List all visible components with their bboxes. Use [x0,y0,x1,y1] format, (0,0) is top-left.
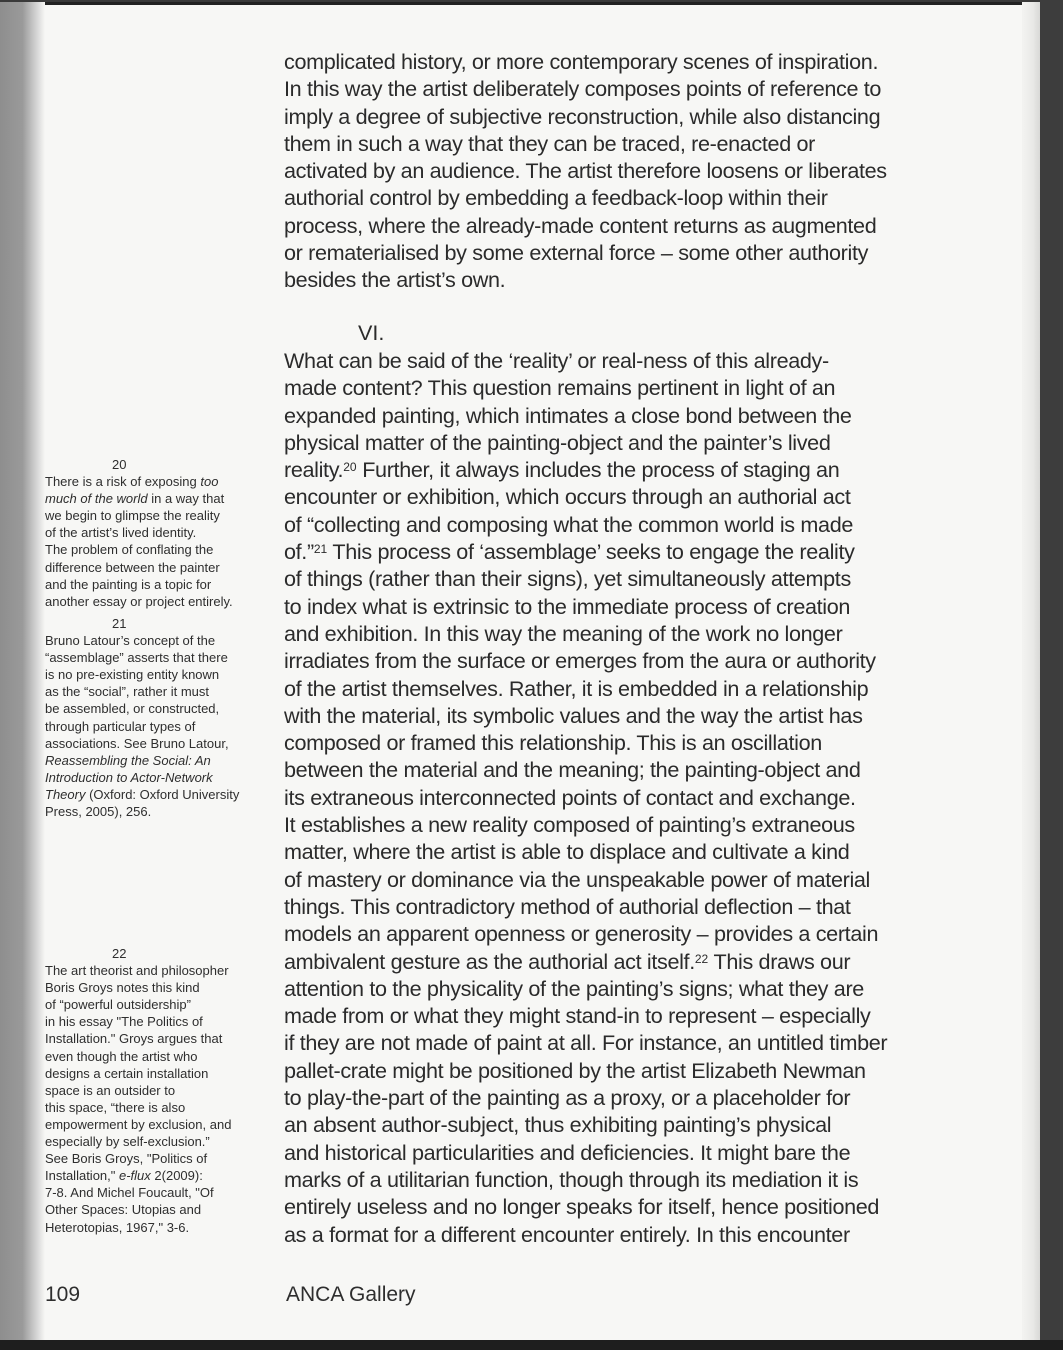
footnote-number: 20 [45,456,270,473]
body-line: process, where the already-made content … [284,212,984,239]
body-line: an absent author-subject, thus exhibitin… [284,1111,984,1138]
body-line: of things (rather than their signs), yet… [284,565,984,592]
footnote-line: through particular types of [45,718,270,735]
footnote-number: 22 [45,945,270,962]
footnote-line: Reassembling the Social: An [45,752,270,769]
body-line: made from or what they might stand-in to… [284,1002,984,1029]
body-line: or rematerialised by some external force… [284,239,984,266]
book-page: complicated history, or more contemporar… [0,2,1040,1340]
footnote-line: another essay or project entirely. [45,593,270,610]
body-line: and historical particularities and defic… [284,1139,984,1166]
footnote-line: Introduction to Actor-Network [45,769,270,786]
footnote-line: especially by self-exclusion.” [45,1133,270,1150]
body-line: as a format for a different encounter en… [284,1221,984,1248]
body-line: What can be said of the ‘reality’ or rea… [284,347,984,374]
body-line: to play-the-part of the painting as a pr… [284,1084,984,1111]
body-line: pallet-crate might be positioned by the … [284,1057,984,1084]
body-line: attention to the physicality of the pain… [284,975,984,1002]
bottom-shadow [0,1340,1063,1350]
book-cover-edge [1040,0,1063,1350]
top-shadow [0,2,1040,5]
footnote-line: in his essay "The Politics of [45,1013,270,1030]
footnote-line: The problem of conflating the [45,541,270,558]
page-edge [1022,2,1040,1340]
body-line: between the material and the meaning; th… [284,756,984,783]
body-line: made content? This question remains pert… [284,374,984,401]
body-line: marks of a utilitarian function, though … [284,1166,984,1193]
footnote-line: we begin to glimpse the reality [45,507,270,524]
footnote-line: There is a risk of exposing too [45,473,270,490]
page-number: 109 [45,1283,80,1307]
footnote-line: Boris Groys notes this kind [45,979,270,996]
body-line: complicated history, or more contemporar… [284,48,984,75]
body-line: them in such a way that they can be trac… [284,130,984,157]
body-line: It establishes a new reality composed of… [284,811,984,838]
footnote-line: and the painting is a topic for [45,576,270,593]
body-line: authorial control by embedding a feedbac… [284,184,984,211]
body-line: of the artist themselves. Rather, it is … [284,675,984,702]
footnote-line: is no pre-existing entity known [45,666,270,683]
footnote-line: this space, “there is also [45,1099,270,1116]
footnote-line: 7-8. And Michel Foucault, "Of [45,1184,270,1201]
body-line: ambivalent gesture as the authorial act … [284,948,984,975]
body-line: encounter or exhibition, which occurs th… [284,483,984,510]
body-line: of “collecting and composing what the co… [284,511,984,538]
body-line: entirely useless and no longer speaks fo… [284,1193,984,1220]
footnote-line: as the “social”, rather it must [45,683,270,700]
body-line: besides the artist’s own. [284,266,984,293]
body-line: In this way the artist deliberately comp… [284,75,984,102]
footnote-21: 21Bruno Latour’s concept of the“assembla… [45,615,270,820]
body-line: and exhibition. In this way the meaning … [284,620,984,647]
running-footer: ANCA Gallery [286,1283,416,1307]
footnote-line: Heterotopias, 1967," 3-6. [45,1219,270,1236]
section-heading: VI. [358,320,384,346]
body-line: to index what is extrinsic to the immedi… [284,593,984,620]
footnote-line: of “powerful outsidership” [45,996,270,1013]
footnote-20: 20There is a risk of exposing toomuch of… [45,456,270,610]
body-line: imply a degree of subjective reconstruct… [284,103,984,130]
footnote-line: Bruno Latour’s concept of the [45,632,270,649]
footnote-line: space is an outsider to [45,1082,270,1099]
body-line: its extraneous interconnected points of … [284,784,984,811]
body-line: reality.20 Further, it always includes t… [284,456,984,483]
footnote-line: See Boris Groys, "Politics of [45,1150,270,1167]
body-line: expanded painting, which intimates a clo… [284,402,984,429]
footnote-reference[interactable]: 21 [314,542,327,556]
footnote-reference[interactable]: 22 [695,952,708,966]
footnote-reference[interactable]: 20 [343,460,356,474]
footnote-line: difference between the painter [45,559,270,576]
footnote-line: “assemblage” asserts that there [45,649,270,666]
footnote-line: Theory (Oxford: Oxford University [45,786,270,803]
footnote-line: Installation." Groys argues that [45,1030,270,1047]
body-line: activated by an audience. The artist the… [284,157,984,184]
body-line: if they are not made of paint at all. Fo… [284,1029,984,1056]
footnote-line: Press, 2005), 256. [45,803,270,820]
body-line: of mastery or dominance via the unspeaka… [284,866,984,893]
body-line: irradiates from the surface or emerges f… [284,647,984,674]
footnote-line: designs a certain installation [45,1065,270,1082]
footnote-line: be assembled, or constructed, [45,700,270,717]
footnote-line: Installation," e-flux 2(2009): [45,1167,270,1184]
body-intro-paragraph: complicated history, or more contemporar… [284,48,984,294]
footnote-line: much of the world in a way that [45,490,270,507]
body-line: of.”21 This process of ‘assemblage’ seek… [284,538,984,565]
footnote-22: 22The art theorist and philosopherBoris … [45,945,270,1236]
body-line: things. This contradictory method of aut… [284,893,984,920]
footnote-line: empowerment by exclusion, and [45,1116,270,1133]
page-gutter-shadow [0,2,45,1340]
footnote-line: associations. See Bruno Latour, [45,735,270,752]
footnote-line: even though the artist who [45,1048,270,1065]
section-body-paragraph: What can be said of the ‘reality’ or rea… [284,347,984,1248]
footnote-number: 21 [45,615,270,632]
body-line: composed or framed this relationship. Th… [284,729,984,756]
footnote-line: The art theorist and philosopher [45,962,270,979]
footnote-line: Other Spaces: Utopias and [45,1201,270,1218]
body-line: physical matter of the painting-object a… [284,429,984,456]
body-line: with the material, its symbolic values a… [284,702,984,729]
body-line: models an apparent openness or generosit… [284,920,984,947]
body-line: matter, where the artist is able to disp… [284,838,984,865]
footnote-line: of the artist’s lived identity. [45,524,270,541]
